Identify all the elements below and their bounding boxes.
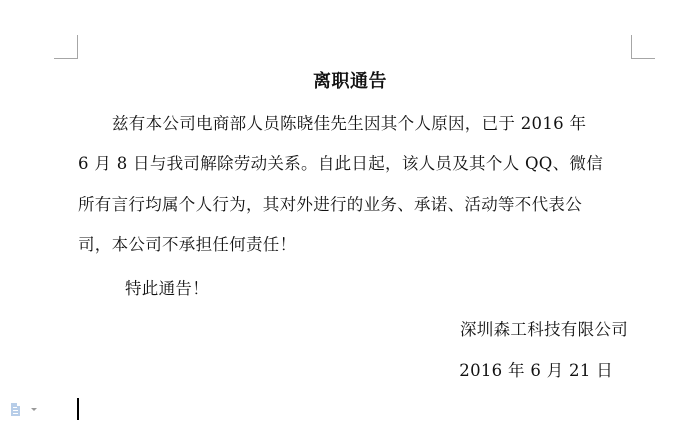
body-line-3: 所有言行均属个人行为，其对外进行的业务、承诺、活动等不代表公 — [78, 191, 630, 215]
paste-options-icon[interactable] — [11, 403, 20, 416]
signature-date: 2016 年 6 月 21 日 — [459, 357, 613, 381]
body-line-4: 司，本公司不承担任何责任！ — [78, 231, 630, 255]
body-line-2: 6 月 8 日与我司解除劳动关系。自此日起，该人员及其个人 QQ、微信 — [78, 150, 630, 174]
document-title: 离职通告 — [0, 67, 700, 93]
chevron-down-icon[interactable] — [31, 408, 37, 411]
top-right-margin-mark — [631, 35, 655, 59]
top-left-margin-mark — [54, 35, 78, 59]
text-cursor — [77, 398, 79, 420]
closing-line: 特此通告！ — [125, 275, 209, 299]
body-line-1: 兹有本公司电商部人员陈晓佳先生因其个人原因，已于 2016 年 — [78, 110, 664, 134]
signature-company: 深圳森工科技有限公司 — [460, 316, 628, 340]
